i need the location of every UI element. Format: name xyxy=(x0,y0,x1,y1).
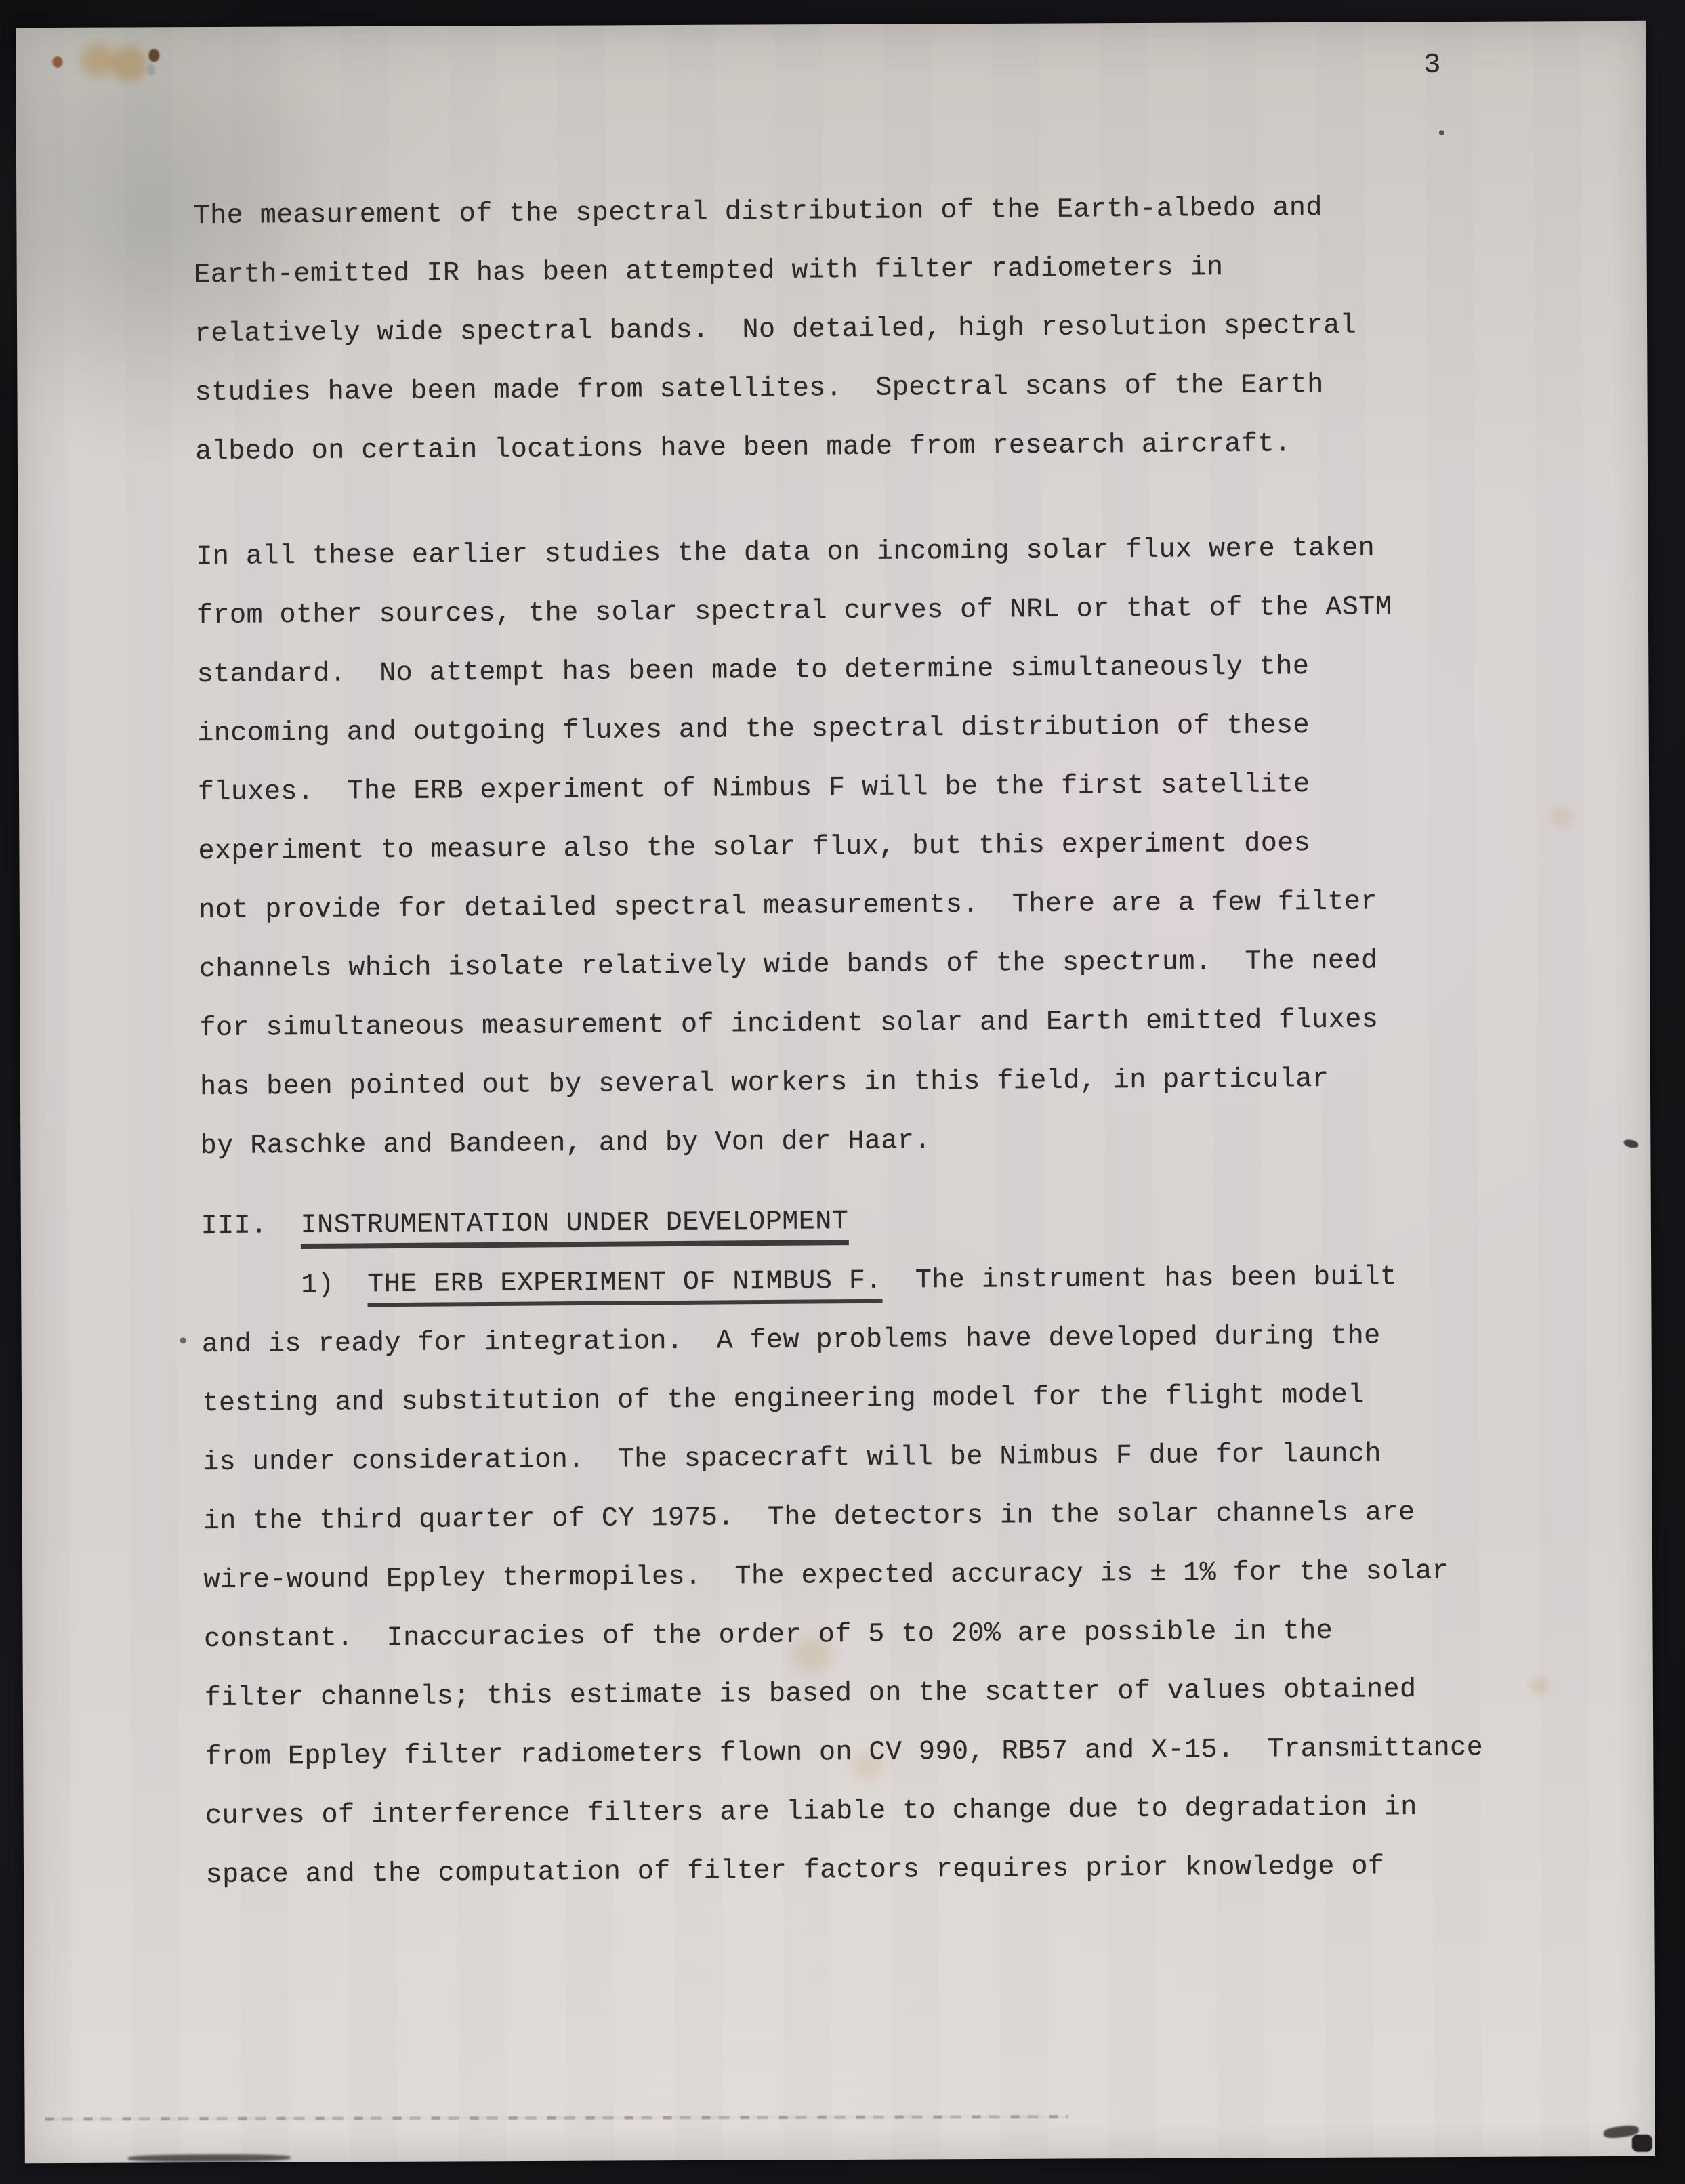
document-page: 3 The measurement of the spectral distri… xyxy=(16,21,1655,2163)
paragraph-earlier-studies: In all these earlier studies the data on… xyxy=(196,519,1396,1176)
text-line: curves of interference filters are liabl… xyxy=(205,1778,1484,1846)
text-segment: 1) xyxy=(201,1269,367,1301)
text-line: The measurement of the spectral distribu… xyxy=(193,179,1356,247)
text-line: has been pointed out by several workers … xyxy=(200,1049,1396,1117)
text-line: incoming and outgoing fluxes and the spe… xyxy=(197,696,1393,763)
text-line: studies have been made from satellites. … xyxy=(194,356,1357,423)
text-line: fluxes. The ERB experiment of Nimbus F w… xyxy=(198,755,1394,822)
text-line: and is ready for integration. A few prob… xyxy=(202,1306,1480,1374)
underlined-text: INSTRUMENTATION UNDER DEVELOPMENT xyxy=(301,1206,849,1249)
text-line: not provide for detailed spectral measur… xyxy=(199,873,1394,940)
text-line: channels which isolate relatively wide b… xyxy=(199,931,1395,999)
text-line: by Raschke and Bandeen, and by Von der H… xyxy=(200,1108,1396,1176)
typewritten-text-layer: 3 The measurement of the spectral distri… xyxy=(13,16,1659,2164)
text-line: albedo on certain locations have been ma… xyxy=(195,415,1358,482)
text-line: wire-wound Eppley thermopiles. The expec… xyxy=(203,1542,1482,1610)
paragraph-erb-experiment: 1) THE ERB EXPERIMENT OF NIMBUS F. The i… xyxy=(201,1247,1484,1905)
section-heading-instrumentation: III. INSTRUMENTATION UNDER DEVELOPMENT xyxy=(201,1192,848,1256)
text-line: testing and substitution of the engineer… xyxy=(202,1365,1480,1433)
text-line: in the third quarter of CY 1975. The det… xyxy=(203,1483,1482,1551)
text-line: III. INSTRUMENTATION UNDER DEVELOPMENT xyxy=(201,1192,848,1256)
text-line: Earth-emitted IR has been attempted with… xyxy=(194,238,1356,306)
text-line: for simultaneous measurement of incident… xyxy=(199,990,1395,1058)
text-line: standard. No attempt has been made to de… xyxy=(196,637,1392,705)
page-number: 3 xyxy=(1423,51,1441,79)
underlined-text: THE ERB EXPERIMENT OF NIMBUS F. xyxy=(367,1266,882,1307)
text-line: space and the computation of filter fact… xyxy=(205,1836,1484,1905)
text-segment: III. xyxy=(201,1211,300,1242)
paragraph-measurement-intro: The measurement of the spectral distribu… xyxy=(193,179,1357,482)
text-line: experiment to measure also the solar flu… xyxy=(198,814,1394,881)
text-line: relatively wide spectral bands. No detai… xyxy=(194,297,1357,364)
text-line: constant. Inaccuracies of the order of 5… xyxy=(204,1601,1482,1669)
text-segment: The instrument has been built xyxy=(882,1262,1397,1297)
text-line: 1) THE ERB EXPERIMENT OF NIMBUS F. The i… xyxy=(201,1247,1480,1316)
scanner-background: 3 The measurement of the spectral distri… xyxy=(0,0,1685,2184)
text-line: In all these earlier studies the data on… xyxy=(196,519,1392,587)
text-line: filter channels; this estimate is based … xyxy=(204,1660,1482,1728)
text-line: from Eppley filter radiometers flown on … xyxy=(205,1719,1483,1787)
text-line: from other sources, the solar spectral c… xyxy=(196,578,1392,646)
text-line: is under consideration. The spacecraft w… xyxy=(203,1424,1481,1492)
